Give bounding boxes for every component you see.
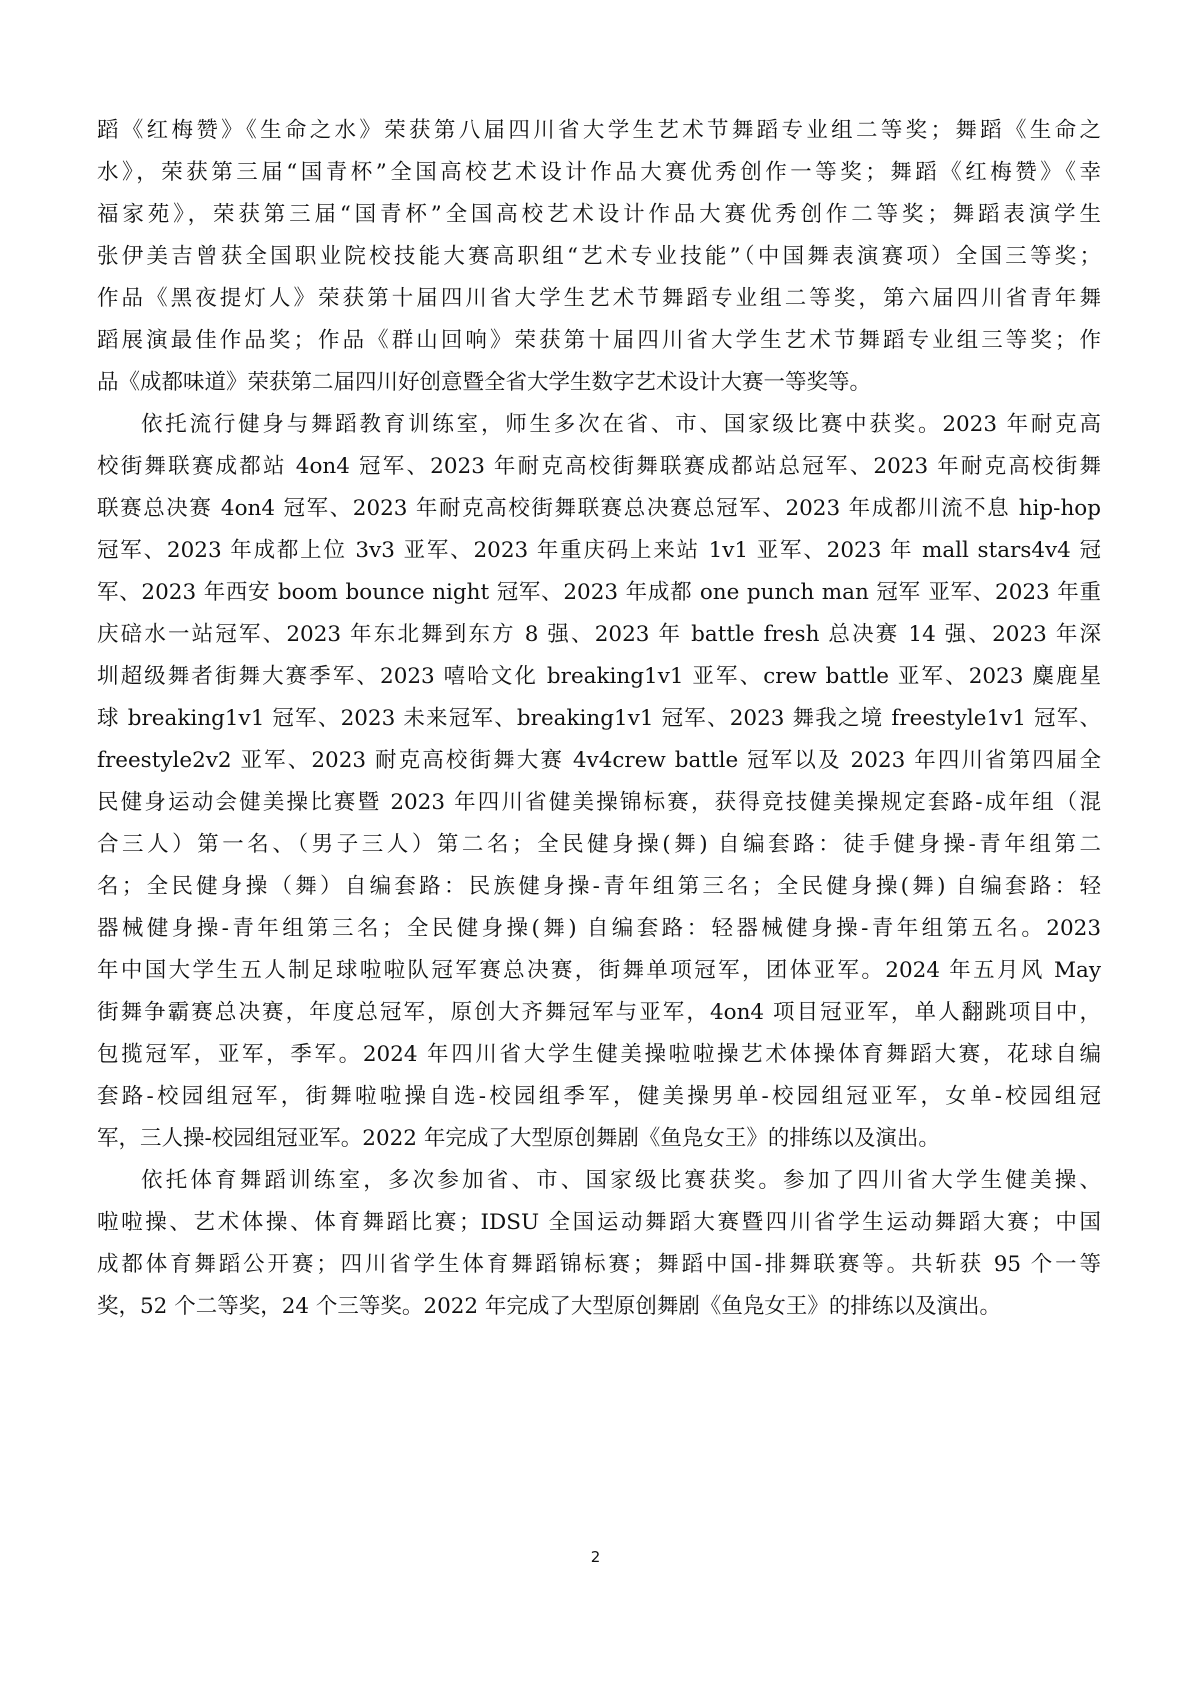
text-line: 合三人）第一名、（男子三人）第二名；全民健身操(舞) 自编套路：徒手健身操-青年… — [97, 824, 1101, 866]
text-line: 水》，荣获第三届“国青杯”全国高校艺术设计作品大赛优秀创作一等奖；舞蹈《红梅赞》… — [97, 152, 1101, 194]
text-line: 啦啦操、艺术体操、体育舞蹈比赛；IDSU 全国运动舞蹈大赛暨四川省学生运动舞蹈大… — [97, 1202, 1101, 1244]
text-line: 军，三人操-校园组冠亚军。2022 年完成了大型原创舞剧《鱼凫女王》的排练以及演… — [97, 1118, 1101, 1160]
text-line: freestyle2v2 亚军、2023 耐克高校街舞大赛 4v4crew ba… — [97, 740, 1101, 782]
paragraph-awards-dance-works: 蹈《红梅赞》《生命之水》荣获第八届四川省大学生艺术节舞蹈专业组二等奖；舞蹈《生命… — [97, 110, 1101, 404]
text-line: 依托流行健身与舞蹈教育训练室，师生多次在省、市、国家级比赛中获奖。2023 年耐… — [97, 404, 1101, 446]
text-line: 军、2023 年西安 boom bounce night 冠军、2023 年成都… — [97, 572, 1101, 614]
text-line: 成都体育舞蹈公开赛；四川省学生体育舞蹈锦标赛；舞蹈中国-排舞联赛等。共斩获 95… — [97, 1244, 1101, 1286]
text-line: 作品《黑夜提灯人》荣获第十届四川省大学生艺术节舞蹈专业组二等奖，第六届四川省青年… — [97, 278, 1101, 320]
text-line: 街舞争霸赛总决赛，年度总冠军，原创大齐舞冠军与亚军，4on4 项目冠亚军，单人翻… — [97, 992, 1101, 1034]
text-line: 庆碚水一站冠军、2023 年东北舞到东方 8 强、2023 年 battle f… — [97, 614, 1101, 656]
text-line: 包揽冠军，亚军，季军。2024 年四川省大学生健美操啦啦操艺术体操体育舞蹈大赛，… — [97, 1034, 1101, 1076]
document-page: 蹈《红梅赞》《生命之水》荣获第八届四川省大学生艺术节舞蹈专业组二等奖；舞蹈《生命… — [97, 110, 1101, 1328]
text-line: 球 breaking1v1 冠军、2023 未来冠军、breaking1v1 冠… — [97, 698, 1101, 740]
text-line: 蹈《红梅赞》《生命之水》荣获第八届四川省大学生艺术节舞蹈专业组二等奖；舞蹈《生命… — [97, 110, 1101, 152]
text-line: 圳超级舞者街舞大赛季军、2023 嘻哈文化 breaking1v1 亚军、cre… — [97, 656, 1101, 698]
text-line: 依托体育舞蹈训练室，多次参加省、市、国家级比赛获奖。参加了四川省大学生健美操、 — [97, 1160, 1101, 1202]
text-line: 名；全民健身操（舞）自编套路：民族健身操-青年组第三名；全民健身操(舞) 自编套… — [97, 866, 1101, 908]
page-number: 2 — [0, 1548, 1191, 1566]
text-line: 校街舞联赛成都站 4on4 冠军、2023 年耐克高校街舞联赛成都站总冠军、20… — [97, 446, 1101, 488]
text-line: 福家苑》，荣获第三届“国青杯”全国高校艺术设计作品大赛优秀创作二等奖；舞蹈表演学… — [97, 194, 1101, 236]
text-line: 民健身运动会健美操比赛暨 2023 年四川省健美操锦标赛，获得竞技健美操规定套路… — [97, 782, 1101, 824]
text-line: 奖，52 个二等奖，24 个三等奖。2022 年完成了大型原创舞剧《鱼凫女王》的… — [97, 1286, 1101, 1328]
text-line: 张伊美吉曾获全国职业院校技能大赛高职组“艺术专业技能”（中国舞表演赛项）全国三等… — [97, 236, 1101, 278]
paragraph-street-dance-awards: 依托流行健身与舞蹈教育训练室，师生多次在省、市、国家级比赛中获奖。2023 年耐… — [97, 404, 1101, 1160]
text-line: 蹈展演最佳作品奖；作品《群山回响》荣获第十届四川省大学生艺术节舞蹈专业组三等奖；… — [97, 320, 1101, 362]
text-line: 年中国大学生五人制足球啦啦队冠军赛总决赛，街舞单项冠军，团体亚军。2024 年五… — [97, 950, 1101, 992]
text-line: 冠军、2023 年成都上位 3v3 亚军、2023 年重庆码上来站 1v1 亚军… — [97, 530, 1101, 572]
text-line: 器械健身操-青年组第三名；全民健身操(舞) 自编套路：轻器械健身操-青年组第五名… — [97, 908, 1101, 950]
text-line: 品《成都味道》荣获第二届四川好创意暨全省大学生数字艺术设计大赛一等奖等。 — [97, 362, 1101, 404]
text-line: 联赛总决赛 4on4 冠军、2023 年耐克高校街舞联赛总决赛总冠军、2023 … — [97, 488, 1101, 530]
paragraph-sport-dance-awards: 依托体育舞蹈训练室，多次参加省、市、国家级比赛获奖。参加了四川省大学生健美操、 … — [97, 1160, 1101, 1328]
text-line: 套路-校园组冠军，街舞啦啦操自选-校园组季军，健美操男单-校园组冠亚军，女单-校… — [97, 1076, 1101, 1118]
